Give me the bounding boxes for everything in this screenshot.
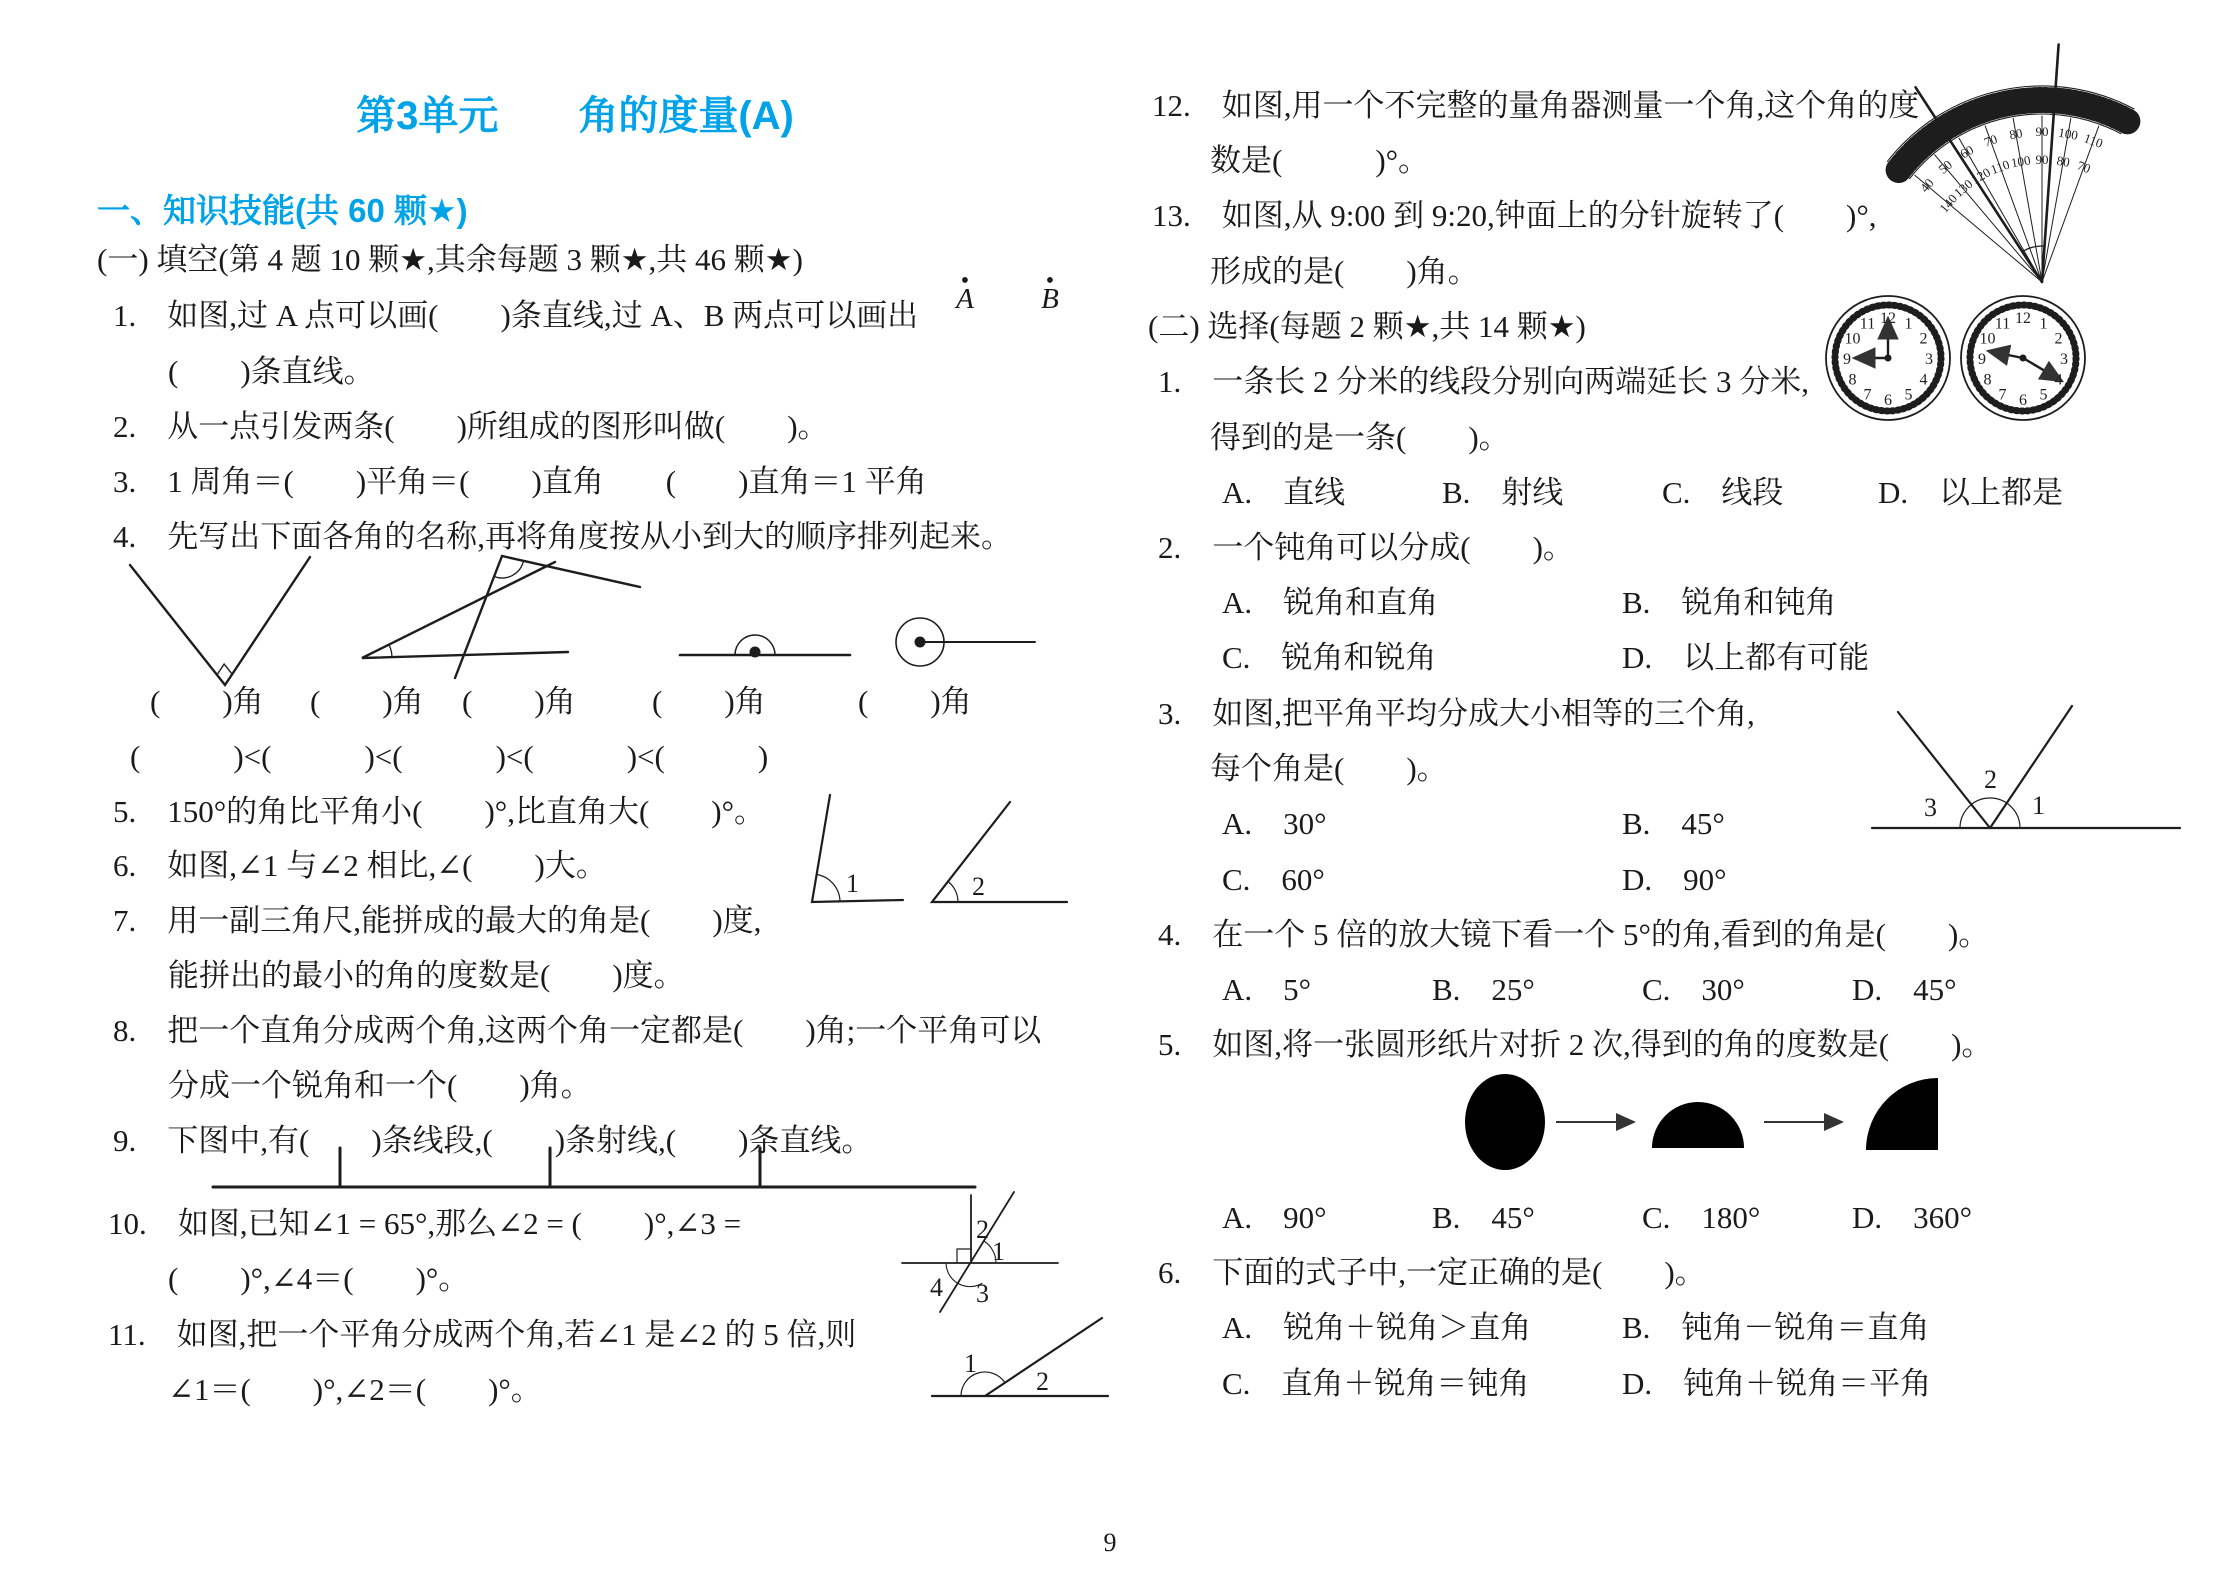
clock-numeral: 2 bbox=[2055, 331, 2063, 348]
choice-1-option-c: C. 线段 bbox=[1662, 473, 1783, 513]
question-11-line-2: ∠1＝( )°,∠2＝( )°。 bbox=[168, 1370, 542, 1410]
line-tick-marks bbox=[340, 1148, 760, 1187]
page-title: 第3单元 角的度量(A) bbox=[100, 84, 1050, 141]
point-a: •A bbox=[945, 274, 985, 310]
protractor-scale-number: 70 bbox=[1982, 131, 1999, 150]
angle-2-label: 2 bbox=[972, 872, 985, 901]
choice-4-option-b: B. 25° bbox=[1432, 970, 1535, 1010]
protractor-scale-number: 110 bbox=[2082, 130, 2105, 151]
question-10-line-2: ( )°,∠4＝( )°。 bbox=[168, 1259, 469, 1299]
acute-angle-figure bbox=[362, 562, 568, 658]
clock-numeral: 12 bbox=[2015, 310, 2031, 327]
question-3-line-1: 3. 1 周角＝( )平角＝( )直角 ( )直角＝1 平角 bbox=[113, 462, 927, 502]
choice-4-option-c: C. 30° bbox=[1642, 970, 1745, 1010]
angle-1-label: 1 bbox=[992, 1237, 1005, 1266]
clock-numeral: 12 bbox=[1880, 310, 1896, 327]
choice-3-option-a: A. 30° bbox=[1222, 804, 1327, 844]
choice-4-option-d: D. 45° bbox=[1852, 970, 1957, 1010]
protractor-scale-number: 100 bbox=[2010, 152, 2032, 170]
angle-name-blank-5: ( )角 bbox=[858, 682, 972, 722]
angle-1-label: 1 bbox=[846, 869, 859, 898]
clock-numeral: 9 bbox=[1843, 351, 1851, 368]
question-7-line-2: 能拼出的最小的角的度数是( )度。 bbox=[168, 956, 685, 996]
question-2-line-1: 2. 从一点引发两条( )所组成的图形叫做( )。 bbox=[113, 407, 829, 447]
angle-2-label: 2 bbox=[976, 1215, 989, 1244]
choice-5-option-d: D. 360° bbox=[1852, 1198, 1972, 1238]
choice-5-option-c: C. 180° bbox=[1642, 1198, 1760, 1238]
angle-2-arc bbox=[948, 882, 958, 903]
protractor-scale-number: 80 bbox=[2008, 125, 2023, 142]
figure-partial-protractor: 40 50 60 70 80 90 100 110 140 130 120 11… bbox=[1880, 40, 2220, 300]
clock-numeral: 11 bbox=[1860, 316, 1875, 333]
clock-numeral: 4 bbox=[1920, 372, 1928, 389]
question-13-line-1: 13. 如图,从 9:00 到 9:20,钟面上的分针旋转了( )°, bbox=[1152, 196, 1877, 236]
figure-folded-circle bbox=[1450, 1060, 1990, 1180]
half-circle-paper bbox=[1652, 1102, 1744, 1148]
section-heading-knowledge: 一、知识技能(共 60 颗★) bbox=[97, 185, 468, 232]
figure-compare-angles: 1 2 bbox=[780, 780, 1120, 920]
choice-3-line-1: 3. 如图,把平角平均分成大小相等的三个角, bbox=[1158, 694, 1755, 734]
protractor-scale-number: 60 bbox=[1957, 142, 1976, 161]
angle-name-blank-2: ( )角 bbox=[310, 682, 424, 722]
choice-1-option-b: B. 射线 bbox=[1442, 473, 1563, 513]
angle-1-arc bbox=[817, 874, 840, 901]
choice-3-option-b: B. 45° bbox=[1622, 804, 1725, 844]
choice-5-option-b: B. 45° bbox=[1432, 1198, 1535, 1238]
right-angle-mark bbox=[957, 1249, 971, 1263]
point-b: •B bbox=[1030, 274, 1070, 310]
clock-numeral: 10 bbox=[1980, 331, 1996, 348]
choice-1-line-2: 得到的是一条( )。 bbox=[1210, 418, 1510, 458]
figure-five-angles bbox=[100, 545, 1060, 700]
angle-4-label: 4 bbox=[930, 1273, 943, 1302]
choice-5-line-1: 5. 如图,将一张圆形纸片对折 2 次,得到的角的度数是( )。 bbox=[1158, 1025, 1992, 1065]
choice-2-option-d: D. 以上都有可能 bbox=[1622, 638, 1869, 678]
clock-920-hour-hand bbox=[1988, 351, 2023, 358]
question-1-line-2: ( )条直线。 bbox=[168, 352, 375, 392]
question-11-line-1: 11. 如图,把一个平角分成两个角,若∠1 是∠2 的 5 倍,则 bbox=[108, 1315, 856, 1355]
question-13-line-2: 形成的是( )角。 bbox=[1210, 252, 1479, 292]
choice-3-option-c: C. 60° bbox=[1222, 860, 1325, 900]
clock-numeral: 9 bbox=[1978, 351, 1986, 368]
figure-two-clocks: 12 1 2 3 4 5 6 7 8 9 10 11 12 1 2 3 4 5 … bbox=[1815, 285, 2105, 435]
measured-angle-arc bbox=[2022, 246, 2044, 252]
angle-2-label: 2 bbox=[1984, 765, 1997, 794]
angle-name-blank-4: ( )角 bbox=[652, 682, 766, 722]
question-10-line-1: 10. 如图,已知∠1 = 65°,那么∠2 = ( )°,∠3 = bbox=[108, 1204, 741, 1244]
choice-1-option-a: A. 直线 bbox=[1222, 473, 1345, 513]
question-8-line-2: 分成一个锐角和一个( )角。 bbox=[168, 1066, 592, 1106]
right-angle-figure bbox=[130, 557, 310, 685]
choice-1-line-1: 1. 一条长 2 分米的线段分别向两端延长 3 分米, bbox=[1158, 362, 1809, 402]
acute-angle-arc bbox=[389, 645, 392, 658]
choice-1-option-d: D. 以上都是 bbox=[1878, 473, 2063, 513]
protractor-scale-number: 90 bbox=[2036, 124, 2049, 139]
angle-order-blanks: ( )<( )<( )<( )<( ) bbox=[130, 737, 768, 777]
quarter-circle-paper bbox=[1866, 1078, 1938, 1150]
straight-angle-vertex-dot bbox=[750, 647, 761, 658]
part2-heading-choice: (二) 选择(每题 2 颗★,共 14 颗★) bbox=[1148, 307, 1586, 347]
clock-numeral: 6 bbox=[1884, 392, 1892, 409]
question-5-line-1: 5. 150°的角比平角小( )°,比直角大( )°。 bbox=[113, 792, 765, 832]
clock-numeral: 3 bbox=[1925, 351, 1933, 368]
question-8-line-1: 8. 把一个直角分成两个角,这两个角一定都是( )角;一个平角可以 bbox=[113, 1011, 1041, 1051]
clock-numeral: 8 bbox=[1984, 372, 1992, 389]
clock-numeral: 1 bbox=[2040, 316, 2048, 333]
clock-numeral: 11 bbox=[1995, 316, 2010, 333]
angle-1-label: 1 bbox=[964, 1349, 977, 1378]
clock-numeral: 10 bbox=[1845, 331, 1861, 348]
protractor-scale-number: 90 bbox=[2036, 152, 2049, 167]
clock-numeral: 7 bbox=[1999, 387, 2007, 404]
angle-3-label: 3 bbox=[1924, 793, 1937, 822]
choice-5-option-a: A. 90° bbox=[1222, 1198, 1327, 1238]
page-number: 9 bbox=[0, 1528, 2220, 1558]
angle-1-label: 1 bbox=[2032, 791, 2045, 820]
figure-divided-straight-angle: 3 2 1 bbox=[1860, 690, 2190, 840]
protractor-scale-number: 40 bbox=[1917, 175, 1937, 195]
clock-numeral: 6 bbox=[2019, 392, 2027, 409]
angle-name-blank-3: ( )角 bbox=[462, 682, 576, 722]
obtuse-angle-figure bbox=[455, 556, 640, 678]
choice-4-option-a: A. 5° bbox=[1222, 970, 1311, 1010]
clock-numeral: 2 bbox=[1920, 331, 1928, 348]
choice-6-option-d: D. 钝角＋锐角＝平角 bbox=[1622, 1364, 1931, 1404]
choice-2-line-1: 2. 一个钝角可以分成( )。 bbox=[1158, 528, 1574, 568]
choice-6-option-b: B. 钝角－锐角＝直角 bbox=[1622, 1308, 1929, 1348]
figure-line-with-points bbox=[200, 1140, 1000, 1200]
clock-numeral: 3 bbox=[2060, 351, 2068, 368]
figure-split-straight-angle: 1 2 bbox=[920, 1300, 1120, 1410]
clock-numeral: 5 bbox=[1905, 387, 1913, 404]
choice-2-option-b: B. 锐角和钝角 bbox=[1622, 583, 1836, 623]
protractor-scale-number: 100 bbox=[2057, 125, 2079, 143]
clock-numeral: 1 bbox=[1905, 316, 1913, 333]
angle-2-label: 2 bbox=[1036, 1367, 1049, 1396]
choice-2-option-c: C. 锐角和锐角 bbox=[1222, 638, 1436, 678]
question-1-line-1: 1. 如图,过 A 点可以画( )条直线,过 A、B 两点可以画出 bbox=[113, 296, 918, 336]
question-12-line-1: 12. 如图,用一个不完整的量角器测量一个角,这个角的度 bbox=[1152, 86, 1919, 126]
angle-name-blank-1: ( )角 bbox=[150, 682, 264, 722]
part1-heading-fill-blanks: (一) 填空(第 4 题 10 颗★,其余每题 3 颗★,共 46 颗★) bbox=[97, 240, 803, 280]
angle-2-figure bbox=[932, 802, 1067, 902]
point-a-label: A bbox=[956, 283, 974, 315]
protractor-scale-number: 110 bbox=[1989, 157, 2012, 178]
question-7-line-1: 7. 用一副三角尺,能拼成的最大的角是( )度, bbox=[113, 901, 761, 941]
choice-3-option-d: D. 90° bbox=[1622, 860, 1727, 900]
choice-6-option-a: A. 锐角＋锐角＞直角 bbox=[1222, 1308, 1531, 1348]
clock-numeral: 8 bbox=[1849, 372, 1857, 389]
choice-6-option-c: C. 直角＋锐角＝钝角 bbox=[1222, 1364, 1529, 1404]
protractor-scale-number: 80 bbox=[2056, 153, 2071, 170]
question-12-line-2: 数是( )°。 bbox=[1210, 141, 1429, 181]
full-circle-paper bbox=[1465, 1074, 1545, 1170]
protractor-scale-number: 70 bbox=[2075, 158, 2092, 177]
clock-numeral: 7 bbox=[1864, 387, 1872, 404]
worksheet-page: { "colors": { "accent": "#00a2e8", "ink"… bbox=[0, 0, 2220, 1571]
clock-numeral: 4 bbox=[2055, 372, 2063, 389]
choice-4-line-1: 4. 在一个 5 倍的放大镜下看一个 5°的角,看到的角是( )。 bbox=[1158, 915, 1989, 955]
clock-numeral: 5 bbox=[2040, 387, 2048, 404]
figure-crossing-lines: 2 1 4 3 bbox=[890, 1180, 1080, 1320]
choice-6-line-1: 6. 下面的式子中,一定正确的是( )。 bbox=[1158, 1253, 1706, 1293]
question-6-line-1: 6. 如图,∠1 与∠2 相比,∠( )大。 bbox=[113, 846, 607, 886]
choice-3-line-2: 每个角是( )。 bbox=[1210, 749, 1448, 789]
point-b-label: B bbox=[1041, 283, 1059, 315]
choice-2-option-a: A. 锐角和直角 bbox=[1222, 583, 1438, 623]
